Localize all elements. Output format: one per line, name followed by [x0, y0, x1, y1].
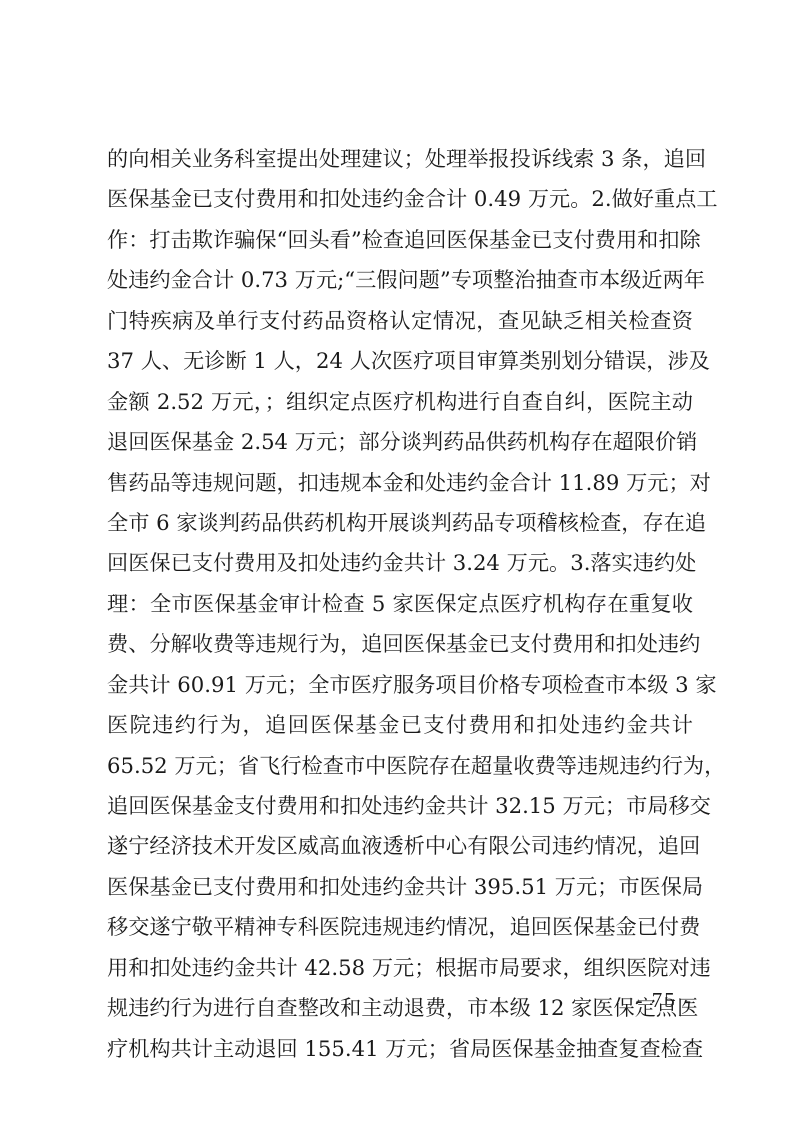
text-line: 规违约行为进行自查整改和主动退费，市本级 12 家医保定点医 [107, 988, 693, 1028]
text-line: 用和扣处违约金共计 42.58 万元；根据市局要求，组织医院对违 [107, 948, 693, 988]
text-line: 医保基金已支付费用和扣处违约金共计 395.51 万元；市医保局 [107, 867, 693, 907]
text-line: 37 人、无诊断 1 人，24 人次医疗项目审算类别划分错误，涉及 [107, 341, 693, 381]
text-line: 追回医保基金支付费用和扣处违约金共计 32.15 万元；市局移交 [107, 786, 693, 826]
text-line: 金额 2.52 万元，；组织定点医疗机构进行自查自纠，医院主动 [107, 382, 693, 422]
text-line: 退回医保基金 2.54 万元；部分谈判药品供药机构存在超限价销 [107, 422, 693, 462]
text-line: 疗机构共计主动退回 155.41 万元；省局医保基金抽查复查检查 [107, 1029, 693, 1069]
text-line: 回医保已支付费用及扣处违约金共计 3.24 万元。3.落实违约处 [107, 543, 693, 583]
text-line: 费、分解收费等违规行为，追回医保基金已支付费用和扣处违约 [107, 624, 693, 664]
text-line: 门特疾病及单行支付药品资格认定情况，查见缺乏相关检查资 [107, 301, 693, 341]
text-line: 作：打击欺诈骗保“回头看”检查追回医保基金已支付费用和扣除 [107, 220, 693, 260]
text-line: 65.52 万元；省飞行检查市中医院存在超量收费等违规违约行为， [107, 746, 693, 786]
text-line: 移交遂宁敬平精神专科医院违规违约情况，追回医保基金已付费 [107, 907, 693, 947]
text-line: 医院违约行为，追回医保基金已支付费用和扣处违约金共计 [107, 705, 693, 745]
text-line: 的向相关业务科室提出处理建议；处理举报投诉线索 3 条，追回 [107, 139, 693, 179]
text-line: 售药品等违规问题，扣违规本金和处违约金合计 11.89 万元；对 [107, 463, 693, 503]
document-page: 的向相关业务科室提出处理建议；处理举报投诉线索 3 条，追回 医保基金已支付费用… [0, 0, 793, 1122]
page-number: - 75 - [636, 986, 694, 1014]
text-line: 遂宁经济技术开发区威高血液透析中心有限公司违约情况，追回 [107, 826, 693, 866]
text-line: 全市 6 家谈判药品供药机构开展谈判药品专项稽核检查，存在追 [107, 503, 693, 543]
body-text: 的向相关业务科室提出处理建议；处理举报投诉线索 3 条，追回 医保基金已支付费用… [107, 139, 693, 1069]
text-line: 处违约金合计 0.73 万元;“三假问题”专项整治抽查市本级近两年 [107, 260, 693, 300]
text-line: 金共计 60.91 万元；全市医疗服务项目价格专项检查市本级 3 家 [107, 665, 693, 705]
text-line: 医保基金已支付费用和扣处违约金合计 0.49 万元。2.做好重点工 [107, 179, 693, 219]
text-line: 理：全市医保基金审计检查 5 家医保定点医疗机构存在重复收 [107, 584, 693, 624]
